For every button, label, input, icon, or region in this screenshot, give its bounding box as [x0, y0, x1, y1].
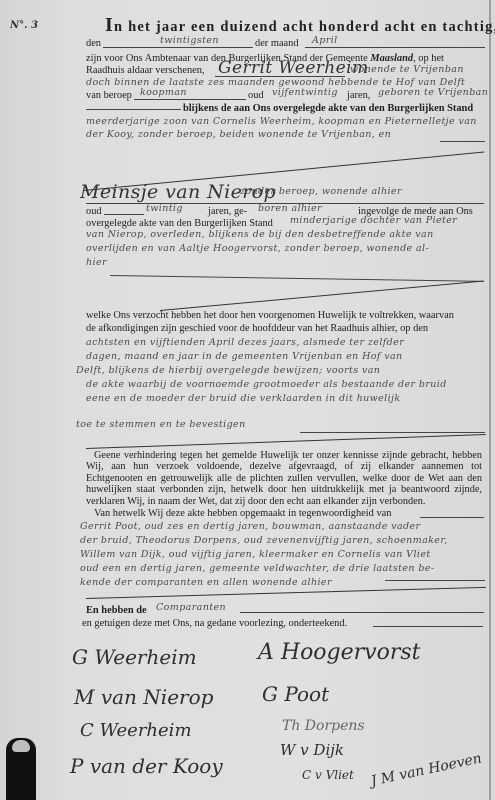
record-number: N°. 3: [10, 20, 38, 31]
groom-profession: koopman: [140, 87, 187, 98]
bride-detail: zonder beroep, wonende alhier: [240, 186, 402, 197]
fill-line: [305, 47, 485, 48]
month-handwritten: April: [312, 35, 338, 46]
fill-line: [104, 214, 144, 215]
cancel-line: [160, 281, 484, 311]
signature-witness-vliet: C v Vliet: [302, 768, 354, 782]
bride-parents-1: minderjarige dochter van Pieter: [290, 215, 457, 226]
witness-4: oud een en dertig jaren, gemeente veldwa…: [80, 563, 434, 574]
bride-parents-2: van Nierop, overleden, blijkens de bij d…: [86, 229, 434, 240]
consent-paragraph: Geene verhindering tegen het gemelde Huw…: [86, 450, 482, 507]
signature-groom: G Weerheim: [72, 645, 197, 669]
fill-line: [373, 626, 483, 627]
banns-2: dagen, maand en jaar in de gemeenten Vri…: [86, 351, 403, 362]
signature-witness-dijk: W v Dijk: [280, 741, 344, 759]
page-edge: [489, 0, 491, 800]
request-line-1: welke Ons verzocht hebben het door hen v…: [86, 310, 454, 322]
bride-years-label: jaren, ge-: [208, 206, 247, 218]
fill-line: [385, 580, 485, 581]
banns-6: toe te stemmen en te bevestigen: [76, 419, 246, 430]
heading: In het jaar een duizend acht honderd ach…: [105, 14, 487, 37]
witness-intro: Van hetwelk Wij deze akte hebben opgemaa…: [94, 508, 391, 520]
signature-witness-dorpens: Th Dorpens: [282, 718, 365, 734]
bride-age: twintig: [146, 203, 183, 214]
banns-5: eene en de moeder der bruid die verklaar…: [86, 393, 401, 404]
witness-3: Willem van Dijk, oud vijftig jaren, klee…: [80, 549, 431, 560]
signed-parties: Comparanten: [156, 602, 226, 613]
cancel-line: [86, 434, 486, 449]
municipality: Maasland: [370, 53, 413, 64]
civil-record-page: N°. 3 In het jaar een duizend acht honde…: [0, 0, 495, 800]
groom-name: Gerrit Weerheim: [218, 58, 368, 78]
signature-bride: M van Nierop: [74, 685, 213, 709]
fill-line: [300, 432, 485, 433]
banns-1: achtsten en vijftienden April dezes jaar…: [86, 337, 404, 348]
month-label: der maand: [255, 38, 299, 50]
signature-registrar: J M van Hoeven: [370, 750, 484, 789]
groom-birthplace: geboren te Vrijenban: [378, 87, 488, 98]
appeared-label: Raadhuis aldaar verschenen,: [86, 65, 205, 77]
witness-1: Gerrit Poot, oud zes en dertig jaren, bo…: [80, 521, 421, 532]
day-handwritten: twintigsten: [160, 35, 219, 46]
age-label: oud: [248, 90, 264, 102]
binder-clip: [6, 738, 36, 800]
signature-witness-poot: G Poot: [262, 682, 329, 706]
fill-line: [86, 109, 181, 110]
signature-groom-mother: P van der Kooy: [70, 754, 223, 778]
den-label: den: [86, 38, 101, 50]
signed-label-2: en getuigen deze met Ons, na gedane voor…: [82, 618, 347, 630]
bride-parents-4: hier: [86, 257, 107, 268]
signed-label-1: En hebben de: [86, 605, 147, 617]
groom-residence: wonende te Vrijenban: [350, 64, 464, 75]
witness-5: kende der comparanten en allen wonende a…: [80, 577, 332, 588]
signature-bride-mother: A Hoogervorst: [258, 640, 421, 665]
groom-evidence: blijkens de aan Ons overgelegde akte van…: [183, 103, 473, 115]
fill-line: [420, 517, 484, 518]
heading-text: n het jaar een duizend acht honderd acht…: [114, 19, 495, 35]
witness-2: der bruid, Theodorus Dorpens, oud zevene…: [80, 535, 448, 546]
banns-4: de akte waarbij de voornoemde grootmoede…: [86, 379, 447, 390]
fill-line: [110, 275, 484, 282]
groom-parents-1: meerderjarige zoon van Cornelis Weerheim…: [86, 116, 477, 127]
cancel-line: [86, 587, 486, 599]
profession-label: van beroep: [86, 90, 132, 102]
fill-line: [134, 99, 246, 100]
request-line-2: de afkondigingen zijn geschied voor de h…: [86, 323, 428, 335]
bride-age-label: oud: [86, 206, 102, 218]
groom-parents-2: der Kooy, zonder beroep, beiden wonende …: [86, 129, 391, 140]
groom-age: vijfentwintig: [272, 87, 338, 98]
years-label: jaren,: [347, 90, 370, 102]
bride-parents-3: overlijden en van Aaltje Hoogervorst, zo…: [86, 243, 429, 254]
signature-groom-father: C Weerheim: [80, 720, 192, 741]
fill-line: [103, 47, 253, 48]
banns-3: Delft, blijkens de hierbij overgelegde b…: [76, 365, 380, 376]
fill-line: [240, 612, 484, 613]
bride-birthplace: boren alhier: [258, 203, 322, 214]
fill-line: [440, 141, 485, 142]
